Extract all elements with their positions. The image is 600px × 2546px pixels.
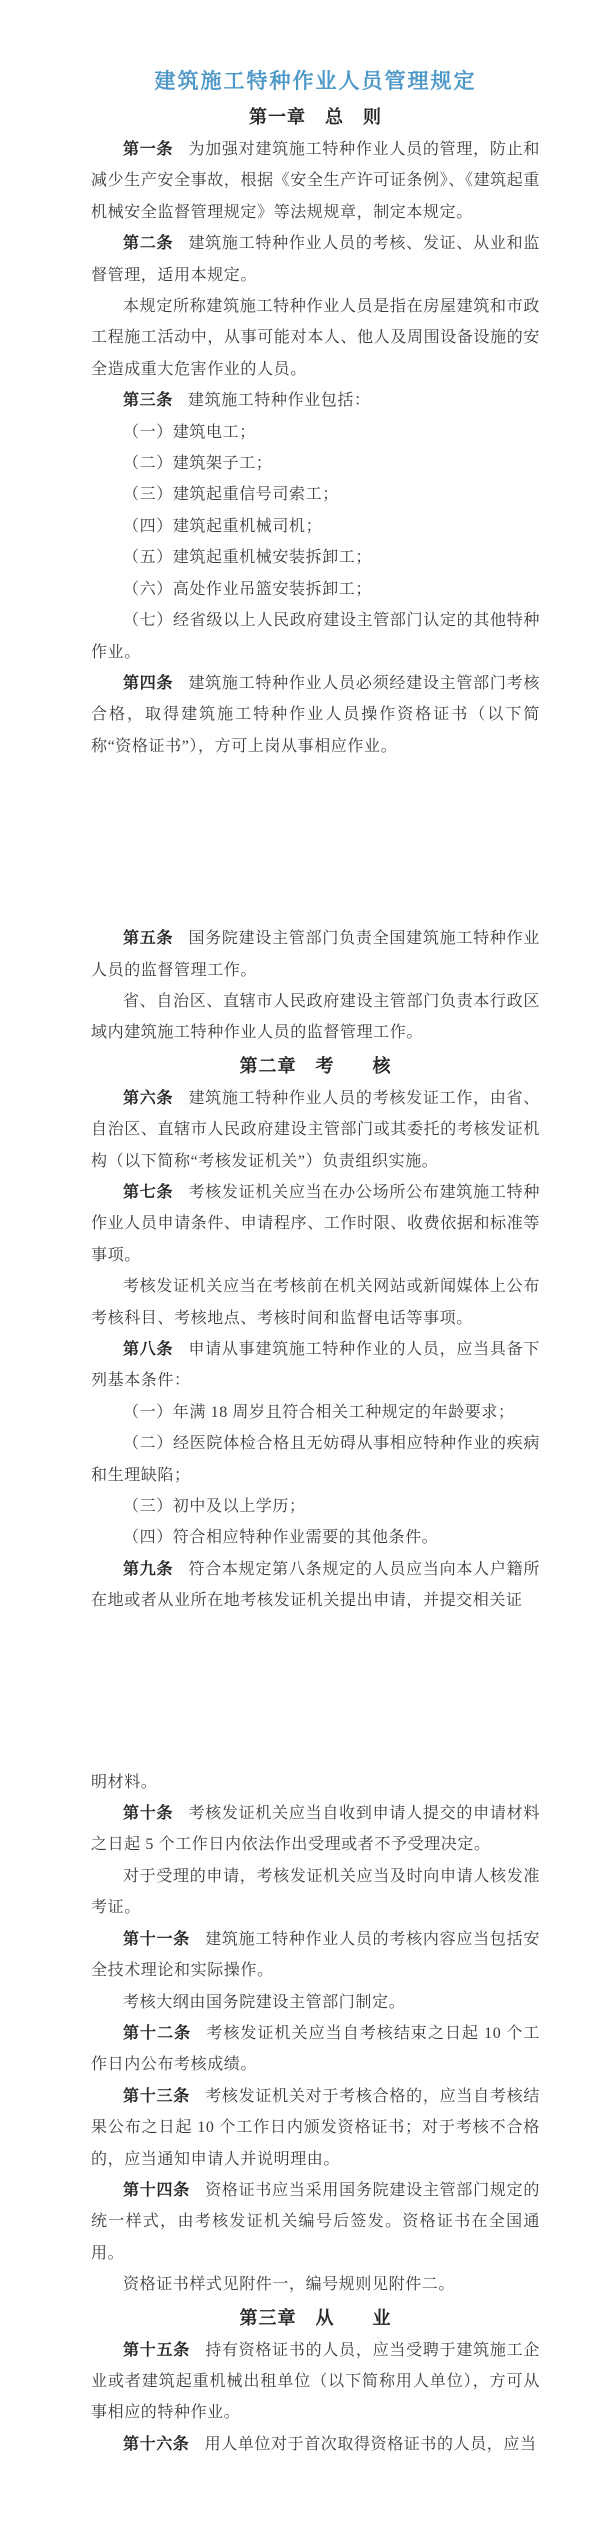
list-item: （二）经医院体检合格且无妨碍从事相应特种作业的疾病和生理缺陷； xyxy=(91,1428,540,1491)
document-page: 建筑施工特种作业人员管理规定 第一章 总 则第一条为加强对建筑施工特种作业人员的… xyxy=(0,0,600,2546)
article-number-label: 第十五条 xyxy=(123,2342,190,2359)
article-number-label: 第十一条 xyxy=(123,1931,190,1948)
paragraph-text: （三）建筑起重信号司索工； xyxy=(123,486,339,503)
article-paragraph: 第六条建筑施工特种作业人员的考核发证工作，由省、自治区、直辖市人民政府建设主管部… xyxy=(91,1083,540,1177)
article-paragraph: 明材料。 xyxy=(91,1767,540,1798)
article-paragraph: 第八条申请从事建筑施工特种作业的人员，应当具备下列基本条件： xyxy=(91,1334,540,1397)
article-paragraph: 第十一条建筑施工特种作业人员的考核内容应当包括安全技术理论和实际操作。 xyxy=(91,1924,540,1987)
document-title: 建筑施工特种作业人员管理规定 xyxy=(91,62,540,100)
list-item: （七）经省级以上人民政府建设主管部门认定的其他特种作业。 xyxy=(91,605,540,668)
paragraph-text: 省、自治区、直辖市人民政府建设主管部门负责本行政区域内建筑施工特种作业人员的监督… xyxy=(91,993,540,1041)
article-paragraph: 第七条考核发证机关应当在办公场所公布建筑施工特种作业人员申请条件、申请程序、工作… xyxy=(91,1177,540,1271)
article-paragraph: 对于受理的申请，考核发证机关应当及时向申请人核发准考证。 xyxy=(91,1861,540,1924)
chapter-heading: 第一章 总 则 xyxy=(91,100,540,134)
article-paragraph: 第十五条持有资格证书的人员，应当受聘于建筑施工企业或者建筑起重机械出租单位（以下… xyxy=(91,2335,540,2429)
chapter-heading: 第三章 从 业 xyxy=(91,2301,540,2335)
article-number-label: 第三条 xyxy=(123,392,173,409)
paragraph-text: （二）经医院体检合格且无妨碍从事相应特种作业的疾病和生理缺陷； xyxy=(91,1435,540,1483)
list-item: （五）建筑起重机械安装拆卸工； xyxy=(91,542,540,573)
paragraph-text: （七）经省级以上人民政府建设主管部门认定的其他特种作业。 xyxy=(91,612,540,660)
article-number-label: 第十六条 xyxy=(123,2436,189,2453)
article-number-label: 第五条 xyxy=(123,930,173,947)
paragraph-text: 考核发证机关应当在考核前在机关网站或新闻媒体上公布考核科目、考核地点、考核时间和… xyxy=(91,1278,540,1326)
page-break-gap xyxy=(91,762,540,923)
page-break-gap xyxy=(91,1617,540,1767)
list-item: （六）高处作业吊篮安装拆卸工； xyxy=(91,574,540,605)
list-item: （一）年满 18 周岁且符合相关工种规定的年龄要求； xyxy=(91,1397,540,1428)
article-paragraph: 考核发证机关应当在考核前在机关网站或新闻媒体上公布考核科目、考核地点、考核时间和… xyxy=(91,1271,540,1334)
article-paragraph: 第十四条资格证书应当采用国务院建设主管部门规定的统一样式，由考核发证机关编号后签… xyxy=(91,2175,540,2269)
article-number-label: 第八条 xyxy=(123,1341,173,1358)
article-paragraph: 第五条国务院建设主管部门负责全国建筑施工特种作业人员的监督管理工作。 xyxy=(91,923,540,986)
paragraph-text: 资格证书样式见附件一，编号规则见附件二。 xyxy=(123,2276,455,2293)
article-paragraph: 考核大纲由国务院建设主管部门制定。 xyxy=(91,1987,540,2018)
article-paragraph: 第三条建筑施工特种作业包括： xyxy=(91,385,540,416)
article-paragraph: 省、自治区、直辖市人民政府建设主管部门负责本行政区域内建筑施工特种作业人员的监督… xyxy=(91,986,540,1049)
list-item: （四）建筑起重机械司机； xyxy=(91,511,540,542)
paragraph-text: （六）高处作业吊篮安装拆卸工； xyxy=(123,581,372,598)
paragraph-text: （一）年满 18 周岁且符合相关工种规定的年龄要求； xyxy=(123,1404,515,1421)
article-number-label: 第一条 xyxy=(123,141,173,158)
paragraph-text: 建筑施工特种作业包括： xyxy=(188,392,371,409)
paragraph-text: 考核大纲由国务院建设主管部门制定。 xyxy=(123,1994,405,2011)
article-paragraph: 第十二条考核发证机关应当自考核结束之日起 10 个工作日内公布考核成绩。 xyxy=(91,2018,540,2081)
paragraph-text: （三）初中及以上学历； xyxy=(123,1498,306,1515)
article-paragraph: 第四条建筑施工特种作业人员必须经建设主管部门考核合格，取得建筑施工特种作业人员操… xyxy=(91,668,540,762)
article-number-label: 第九条 xyxy=(123,1561,173,1578)
article-number-label: 第十四条 xyxy=(123,2182,190,2199)
paragraph-text: （二）建筑架子工； xyxy=(123,455,272,472)
article-number-label: 第七条 xyxy=(123,1184,173,1201)
article-paragraph: 第十条考核发证机关应当自收到申请人提交的申请材料之日起 5 个工作日内依法作出受… xyxy=(91,1798,540,1861)
article-paragraph: 第九条符合本规定第八条规定的人员应当向本人户籍所在地或者从业所在地考核发证机关提… xyxy=(91,1554,540,1617)
article-paragraph: 资格证书样式见附件一，编号规则见附件二。 xyxy=(91,2269,540,2300)
article-number-label: 第六条 xyxy=(123,1090,173,1107)
article-paragraph: 第十六条用人单位对于首次取得资格证书的人员，应当 xyxy=(91,2429,540,2460)
paragraph-text: （五）建筑起重机械安装拆卸工； xyxy=(123,549,372,566)
chapter-heading: 第二章 考 核 xyxy=(91,1049,540,1083)
article-paragraph: 第十三条考核发证机关对于考核合格的，应当自考核结果公布之日起 10 个工作日内颁… xyxy=(91,2081,540,2175)
article-number-label: 第十三条 xyxy=(123,2088,190,2105)
article-number-label: 第十二条 xyxy=(123,2025,191,2042)
article-number-label: 第四条 xyxy=(123,675,173,692)
paragraph-text: 本规定所称建筑施工特种作业人员是指在房屋建筑和市政工程施工活动中，从事可能对本人… xyxy=(91,298,540,378)
document-blocks: 第一章 总 则第一条为加强对建筑施工特种作业人员的管理，防止和减少生产安全事故，… xyxy=(91,100,540,2460)
article-paragraph: 本规定所称建筑施工特种作业人员是指在房屋建筑和市政工程施工活动中，从事可能对本人… xyxy=(91,291,540,385)
list-item: （四）符合相应特种作业需要的其他条件。 xyxy=(91,1522,540,1553)
paragraph-text: （一）建筑电工； xyxy=(123,424,256,441)
article-number-label: 第十条 xyxy=(123,1805,173,1822)
list-item: （三）建筑起重信号司索工； xyxy=(91,479,540,510)
paragraph-text: 明材料。 xyxy=(91,1774,157,1791)
paragraph-text: 用人单位对于首次取得资格证书的人员，应当 xyxy=(205,2436,537,2453)
list-item: （三）初中及以上学历； xyxy=(91,1491,540,1522)
document-body: 建筑施工特种作业人员管理规定 第一章 总 则第一条为加强对建筑施工特种作业人员的… xyxy=(91,0,540,2460)
paragraph-text: 对于受理的申请，考核发证机关应当及时向申请人核发准考证。 xyxy=(91,1868,540,1916)
paragraph-text: （四）建筑起重机械司机； xyxy=(123,518,322,535)
article-paragraph: 第一条为加强对建筑施工特种作业人员的管理，防止和减少生产安全事故，根据《安全生产… xyxy=(91,134,540,228)
paragraph-text: （四）符合相应特种作业需要的其他条件。 xyxy=(123,1529,438,1546)
list-item: （二）建筑架子工； xyxy=(91,448,540,479)
article-paragraph: 第二条建筑施工特种作业人员的考核、发证、从业和监督管理，适用本规定。 xyxy=(91,228,540,291)
article-number-label: 第二条 xyxy=(123,235,173,252)
list-item: （一）建筑电工； xyxy=(91,417,540,448)
